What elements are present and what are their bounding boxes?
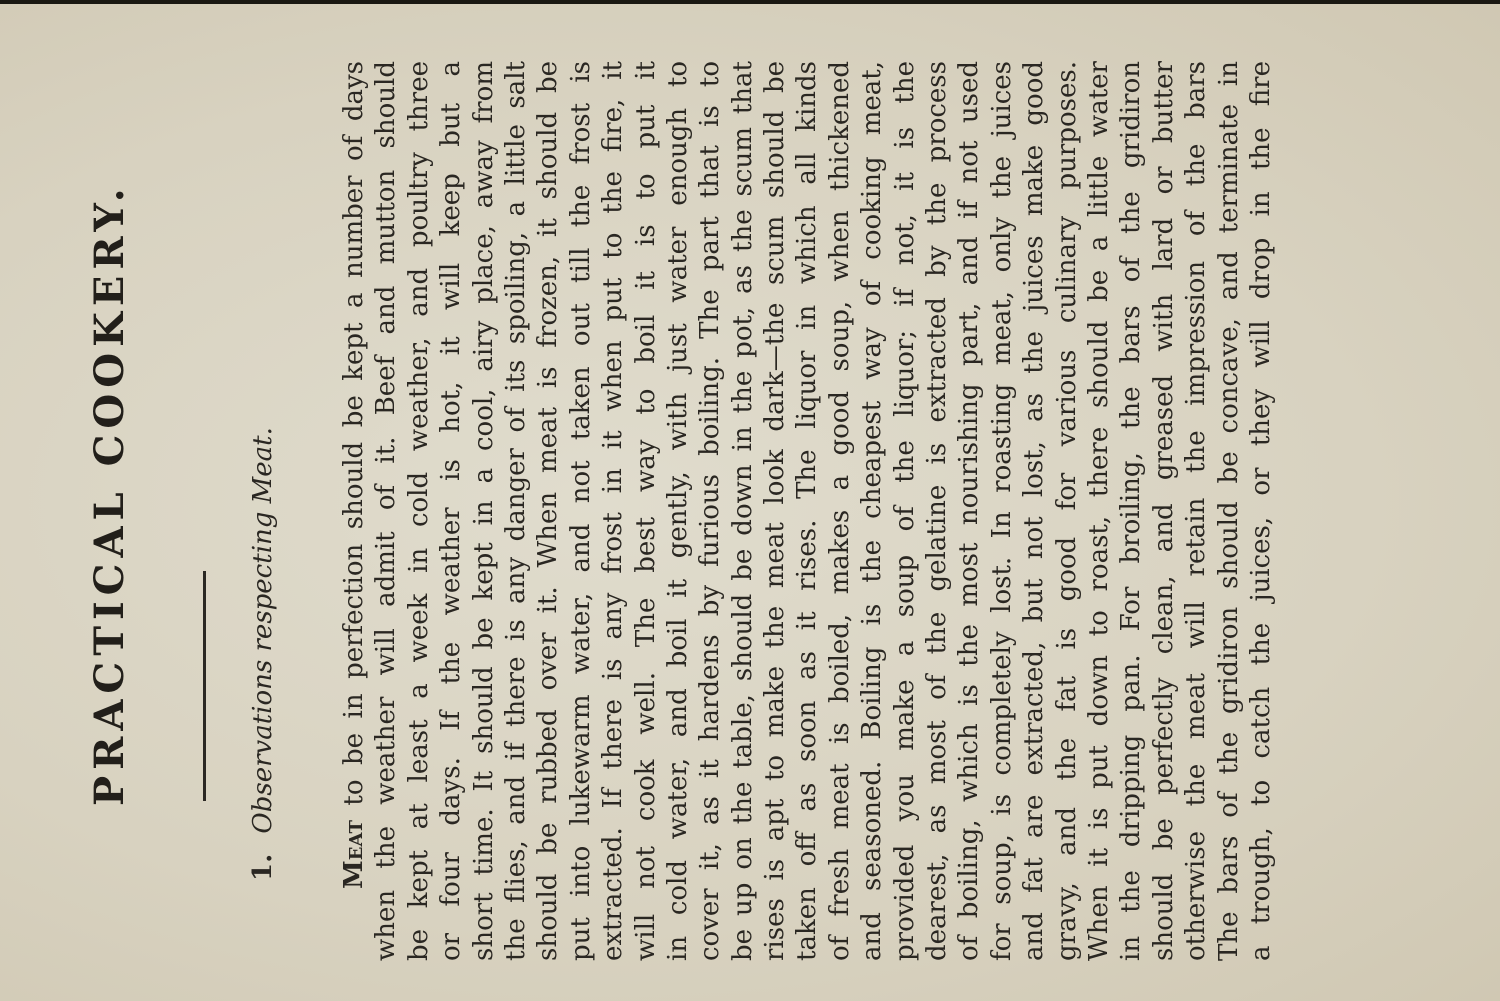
book-page: PRACTICAL COOKERY. 1. Observations respe… [0, 0, 1500, 1001]
text-line: extracted. If there is any frost in it w… [597, 61, 629, 961]
text-line: be kept at least a week in cold weather,… [403, 61, 435, 961]
text-line: put into lukewarm water, and not taken o… [565, 61, 597, 961]
section-heading: 1. Observations respecting Meat. [248, 0, 278, 1001]
text-line: and seasoned. Boiling is the cheapest wa… [856, 61, 888, 961]
text-line: When it is put down to roast, there shou… [1083, 61, 1115, 961]
body-text: Meat to be in perfection should be kept … [338, 61, 1277, 961]
text-line: short time. It should be kept in a cool,… [468, 61, 500, 961]
lead-word: Meat [339, 820, 369, 889]
section-number: 1. [248, 854, 278, 881]
text-line: be up on the table, should be down in th… [727, 61, 759, 961]
text-line: cover it, as it hardens by furious boili… [694, 61, 726, 961]
text-line: or four days. If the weather is hot, it … [435, 61, 467, 961]
text-line: should be rubbed over it. When meat is f… [532, 61, 564, 961]
text-line: the flies, and if there is any danger of… [500, 61, 532, 961]
text-line: provided you make a soup of the liquor; … [889, 61, 921, 961]
text-line: will not cook well. The best way to boil… [630, 61, 662, 961]
text-line: should be perfectly clean, and greased w… [1148, 61, 1180, 961]
title-divider-rule [203, 571, 206, 801]
section-heading-text: Observations respecting Meat. [248, 427, 278, 833]
text-line: of fresh meat is boiled, makes a good so… [824, 61, 856, 961]
text-line: in the dripping pan. For broiling, the b… [1115, 61, 1147, 961]
text-line: for soup, is completely lost. In roastin… [986, 61, 1018, 961]
text-line: in cold water, and boil it gently, with … [662, 61, 694, 961]
text-line: a trough, to catch the juices, or they w… [1245, 61, 1277, 961]
text-line: gravy, and the fat is good for various c… [1051, 61, 1083, 961]
text-line: and fat are extracted, but not lost, as … [1018, 61, 1050, 961]
page-title: PRACTICAL COOKERY. [86, 0, 133, 1001]
text-line: taken off as soon as it rises. The liquo… [791, 61, 823, 961]
text-line: otherwise the meat will retain the impre… [1180, 61, 1212, 961]
text-line: The bars of the gridiron should be conca… [1213, 61, 1245, 961]
text-line: rises is apt to make the meat look dark—… [759, 61, 791, 961]
text-line: dearest, as most of the gelatine is extr… [921, 61, 953, 961]
text-line: of boiling, which is the most nourishing… [953, 61, 985, 961]
text-line: when the weather will admit of it. Beef … [370, 61, 402, 961]
text-line: Meat to be in perfection should be kept … [338, 61, 370, 961]
